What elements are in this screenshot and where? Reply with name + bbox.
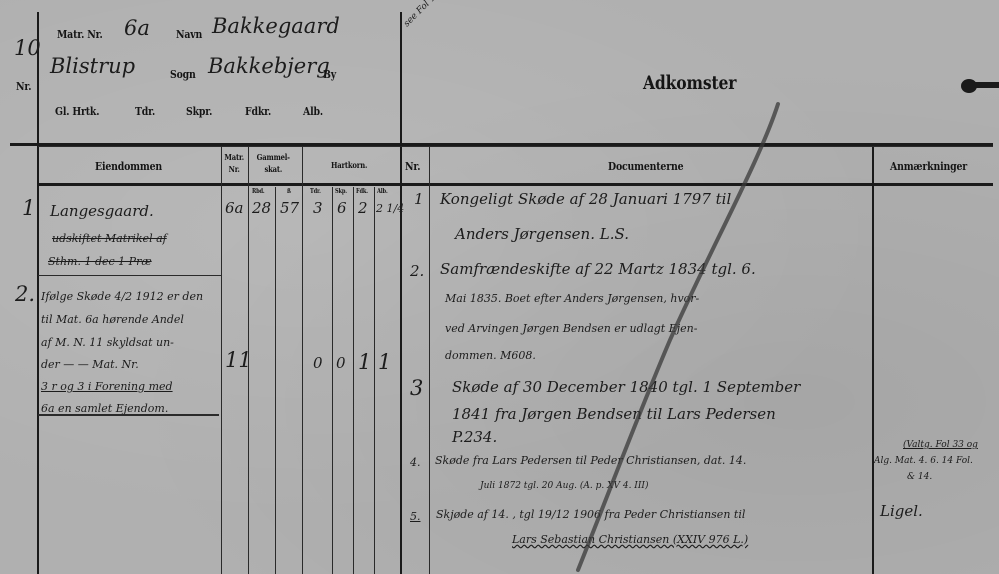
ejendom-row-2-skp: 0 bbox=[336, 354, 346, 372]
remark-line-2: Alg. Mat. 4. 6. 14 Fol. bbox=[874, 456, 973, 466]
subcol-fdk: Fdk. bbox=[356, 188, 368, 195]
rule-hartkorn-alb bbox=[374, 187, 375, 574]
ejendom-row-2-line-2: til Mat. 6a hørende Andel bbox=[41, 313, 184, 326]
ink-blot-trail bbox=[973, 82, 999, 88]
rule-hartkorn bbox=[302, 147, 303, 574]
navn-label: Navn bbox=[176, 28, 202, 41]
left-margin-rule bbox=[37, 12, 39, 574]
by-label: By bbox=[323, 68, 336, 81]
ejendom-row-1-skp: 6 bbox=[337, 199, 347, 217]
ejendom-row-1-matr: 6a bbox=[225, 199, 244, 217]
rule-hartkorn-skp bbox=[332, 187, 333, 574]
ejendom-row-2-line-4: der — — Mat. Nr. bbox=[41, 358, 139, 371]
adk-row-1-nr: 1 bbox=[414, 190, 424, 208]
alb-label: Alb. bbox=[303, 105, 323, 118]
margin-note: see Fol 14 bbox=[402, 0, 442, 29]
ejendom-row-2-fdk: 1 bbox=[358, 350, 371, 374]
ejendom-row-1-sk: 57 bbox=[280, 199, 299, 217]
center-divider-rule bbox=[400, 12, 402, 574]
fdkr-label: Fdkr. bbox=[245, 105, 271, 118]
rule-adk-nr bbox=[429, 147, 430, 574]
adk-row-3-line-3: P.234. bbox=[452, 428, 497, 446]
gl-hrtk-label: Gl. Hrtk. bbox=[55, 105, 99, 118]
ejendom-row-2-nr: 2. bbox=[15, 282, 35, 306]
remark-line-3: & 14. bbox=[907, 472, 932, 482]
ejendom-row-2-matr: 11 bbox=[225, 348, 252, 372]
remark-line-4: Ligel. bbox=[880, 502, 923, 520]
ledger-page: 10 Nr. Matr. Nr. 6a Navn Bakkegaard Blis… bbox=[0, 0, 999, 574]
adk-row-3-nr: 3 bbox=[410, 376, 423, 400]
by-value: Bakkebjerg bbox=[208, 54, 330, 78]
ejendom-row-1-nr: 1 bbox=[22, 196, 35, 220]
subcol-tdr: Tdr. bbox=[310, 188, 321, 195]
adkomster-title: Adkomster bbox=[643, 72, 736, 94]
rule-hartkorn-fdk bbox=[353, 187, 354, 574]
page-number: 10 bbox=[14, 36, 41, 60]
ejendom-row-1-tdr: 3 bbox=[313, 199, 323, 217]
col-matr-nr: Matr. Nr. bbox=[224, 151, 244, 175]
ejendom-row-2-line-5: 3 r og 3 i Forening med bbox=[41, 380, 173, 393]
subcol-alb: Alb. bbox=[377, 188, 388, 195]
matr-nr-value: 6a bbox=[124, 16, 150, 40]
col-gammelskat: Gammel-skat. bbox=[252, 151, 295, 175]
rule-anmaerkninger bbox=[872, 147, 874, 574]
sogn-value: Blistrup bbox=[50, 54, 135, 78]
adk-row-2-nr: 2. bbox=[410, 262, 424, 280]
ejendom-row-1-line-2: udskiftet Matrikel af bbox=[52, 232, 167, 245]
rule-gammelskat-mid bbox=[275, 187, 276, 574]
matr-nr-label: Matr. Nr. bbox=[57, 28, 103, 41]
ejendom-row-1-divider bbox=[38, 275, 221, 276]
ejendom-row-1-line-1: Langesgaard. bbox=[50, 202, 154, 220]
ejendom-row-1-alb: 2 1/4 bbox=[376, 202, 404, 215]
ejendom-row-2-line-3: af M. N. 11 skyldsat un- bbox=[41, 336, 174, 349]
ejendom-row-1-rbd: 28 bbox=[252, 199, 271, 217]
tdr-label: Tdr. bbox=[135, 105, 155, 118]
ejendom-row-2-tdr: 0 bbox=[313, 354, 323, 372]
header-rule-top-thin bbox=[38, 146, 993, 147]
col-ejendommen: Eiendommen bbox=[95, 160, 162, 173]
ejendom-row-2-divider bbox=[38, 414, 219, 416]
subcol-sk: ß bbox=[287, 188, 291, 195]
navn-value: Bakkegaard bbox=[212, 14, 340, 38]
subcol-rbd: Rbd. bbox=[252, 188, 264, 195]
skpr-label: Skpr. bbox=[186, 105, 212, 118]
adk-row-2-line-4: dommen. M608. bbox=[445, 349, 536, 362]
rule-matr bbox=[221, 147, 222, 574]
ejendom-row-2-alb: 1 bbox=[378, 350, 391, 374]
remark-line-1: (Valtg. Fol 33 og bbox=[903, 440, 978, 450]
col-anmaerkninger: Anmærkninger bbox=[890, 160, 967, 173]
ejendom-row-2-line-1: Ifølge Skøde 4/2 1912 er den bbox=[41, 290, 203, 303]
ejendom-row-1-line-3: Sthm. 1 dec 1 Præ bbox=[48, 255, 152, 268]
col-adk-nr: Nr. bbox=[405, 160, 420, 173]
sogn-label: Sogn bbox=[170, 68, 196, 81]
subcol-skp: Skp. bbox=[335, 188, 347, 195]
cancel-stroke bbox=[560, 100, 800, 574]
col-hartkorn: Hartkorn. bbox=[331, 160, 367, 170]
adk-row-4-nr: 4. bbox=[410, 456, 421, 469]
adk-row-5-nr: 5. bbox=[410, 510, 421, 523]
header-rule-bottom bbox=[38, 183, 993, 186]
ejendom-row-1-fdk: 2 bbox=[358, 199, 368, 217]
nr-label: Nr. bbox=[16, 80, 31, 93]
